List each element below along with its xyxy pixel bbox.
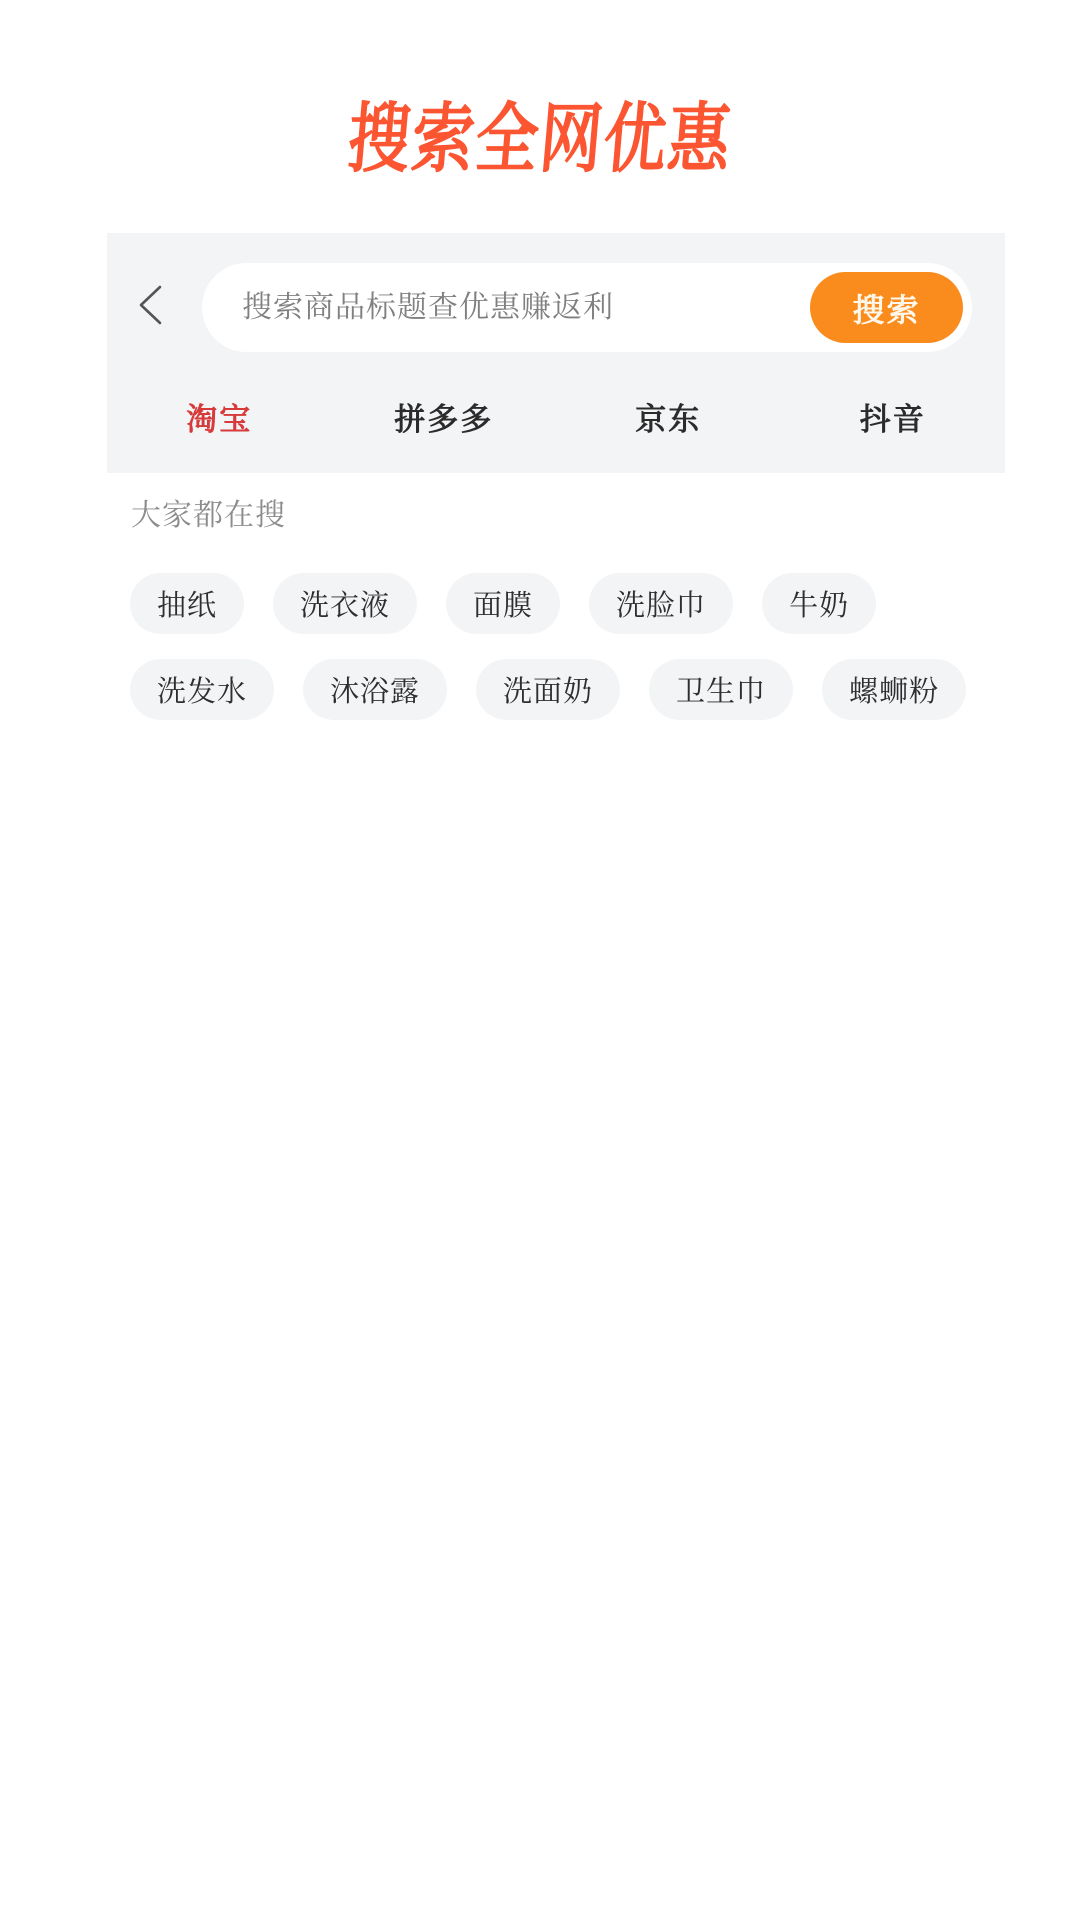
page-title: 搜索全网优惠: [0, 94, 1080, 184]
tab-pinduoduo[interactable]: 拼多多: [332, 381, 557, 451]
search-panel: 搜索 淘宝 拼多多 京东 抖音: [107, 233, 1005, 473]
hot-searches-title: 大家都在搜: [131, 496, 286, 536]
hot-search-chip[interactable]: 抽纸: [130, 573, 244, 634]
hot-search-chip[interactable]: 洗面奶: [476, 659, 620, 720]
chip-row: 洗发水 沐浴露 洗面奶 卫生巾 螺蛳粉: [130, 659, 990, 720]
search-button[interactable]: 搜索: [810, 272, 963, 343]
tab-jd[interactable]: 京东: [556, 381, 781, 451]
hot-searches-list: 抽纸 洗衣液 面膜 洗脸巾 牛奶 洗发水 沐浴露 洗面奶 卫生巾 螺蛳粉: [130, 573, 990, 745]
search-box: 搜索: [202, 263, 972, 352]
hot-search-chip[interactable]: 牛奶: [762, 573, 876, 634]
chevron-left-icon: [138, 284, 164, 326]
hot-search-chip[interactable]: 沐浴露: [303, 659, 447, 720]
chip-row: 抽纸 洗衣液 面膜 洗脸巾 牛奶: [130, 573, 990, 634]
hot-search-chip[interactable]: 面膜: [446, 573, 560, 634]
platform-tabs: 淘宝 拼多多 京东 抖音: [107, 381, 1005, 451]
search-input[interactable]: [242, 263, 792, 352]
back-button[interactable]: [129, 277, 173, 333]
tab-douyin[interactable]: 抖音: [781, 381, 1006, 451]
hot-search-chip[interactable]: 螺蛳粉: [822, 659, 966, 720]
hot-search-chip[interactable]: 洗发水: [130, 659, 274, 720]
hot-search-chip[interactable]: 卫生巾: [649, 659, 793, 720]
tab-taobao[interactable]: 淘宝: [107, 381, 332, 451]
page-title-text: 搜索全网优惠: [344, 94, 736, 184]
hot-search-chip[interactable]: 洗衣液: [273, 573, 417, 634]
hot-search-chip[interactable]: 洗脸巾: [589, 573, 733, 634]
